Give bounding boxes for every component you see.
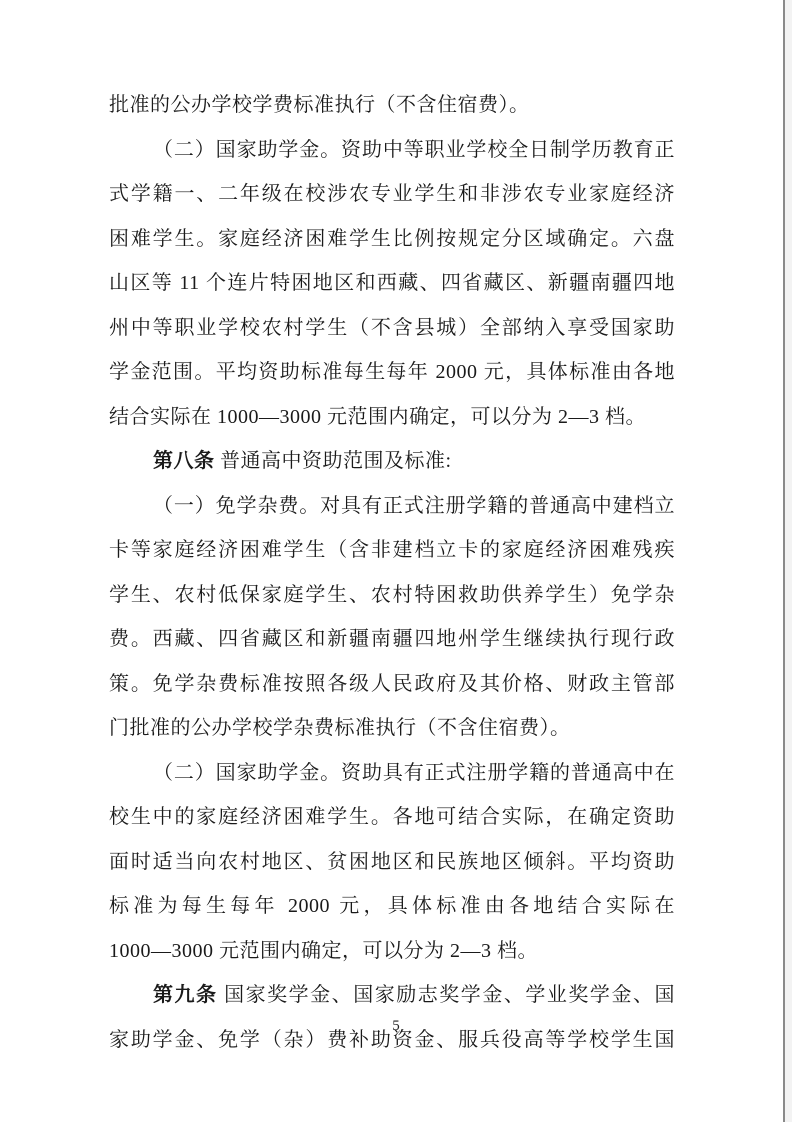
body-line: 校生中的家庭经济困难学生。各地可结合实际，在确定资助 bbox=[109, 795, 675, 840]
line-text: 式学籍一、二年级在校涉农专业学生和非涉农专业家庭经济 bbox=[109, 183, 675, 205]
body-line: （一）免学杂费。对具有正式注册学籍的普通高中建档立 bbox=[109, 484, 675, 529]
body-line: 困难学生。家庭经济困难学生比例按规定分区域确定。六盘 bbox=[109, 217, 675, 262]
body-line: 卡等家庭经济困难学生（含非建档立卡的家庭经济困难残疾 bbox=[109, 528, 675, 573]
body-line: 州中等职业学校农村学生（不含县城）全部纳入享受国家助 bbox=[109, 306, 675, 351]
line-text: 校生中的家庭经济困难学生。各地可结合实际，在确定资助 bbox=[109, 806, 675, 828]
body-line: （二）国家助学金。资助具有正式注册学籍的普通高中在 bbox=[109, 751, 675, 796]
line-text: 策。免学杂费标准按照各级人民政府及其价格、财政主管部 bbox=[109, 673, 675, 695]
line-text: 普通高中资助范围及标准: bbox=[215, 450, 452, 472]
body-line: 学生、农村低保家庭学生、农村特困救助供养学生）免学杂 bbox=[109, 573, 675, 618]
line-text: 门批准的公办学校学杂费标准执行（不含住宿费）。 bbox=[109, 717, 571, 739]
body-line: 1000—3000 元范围内确定，可以分为 2—3 档。 bbox=[109, 929, 675, 974]
line-text: 结合实际在 1000—3000 元范围内确定，可以分为 2—3 档。 bbox=[109, 406, 646, 428]
article-number: 第八条 bbox=[153, 450, 215, 472]
line-text: 批准的公办学校学费标准执行（不含住宿费）。 bbox=[109, 94, 530, 116]
body-line: 费。西藏、四省藏区和新疆南疆四地州学生继续执行现行政 bbox=[109, 617, 675, 662]
line-text: 困难学生。家庭经济困难学生比例按规定分区域确定。六盘 bbox=[109, 228, 675, 250]
body-line: 批准的公办学校学费标准执行（不含住宿费）。 bbox=[109, 83, 675, 128]
line-text: 标准为每生每年 2000 元，具体标准由各地结合实际在 bbox=[109, 895, 675, 917]
article-heading-line: 第九条 国家奖学金、国家励志奖学金、学业奖学金、国 bbox=[109, 973, 675, 1018]
line-text: 学金范围。平均资助标准每生每年 2000 元，具体标准由各地 bbox=[109, 361, 675, 383]
line-text: 国家奖学金、国家励志奖学金、学业奖学金、国 bbox=[218, 984, 675, 1006]
line-text: （二）国家助学金。资助中等职业学校全日制学历教育正 bbox=[153, 139, 675, 161]
page-number: 5 bbox=[386, 1014, 406, 1038]
scan-margin-strip bbox=[785, 0, 792, 1122]
body-line: 式学籍一、二年级在校涉农专业学生和非涉农专业家庭经济 bbox=[109, 172, 675, 217]
document-body: 批准的公办学校学费标准执行（不含住宿费）。 （二）国家助学金。资助中等职业学校全… bbox=[109, 83, 675, 1062]
article-heading-line: 第八条 普通高中资助范围及标准: bbox=[109, 439, 675, 484]
line-text: （二）国家助学金。资助具有正式注册学籍的普通高中在 bbox=[153, 762, 675, 784]
body-line: 结合实际在 1000—3000 元范围内确定，可以分为 2—3 档。 bbox=[109, 395, 675, 440]
line-text: 1000—3000 元范围内确定，可以分为 2—3 档。 bbox=[109, 940, 538, 962]
body-line: 学金范围。平均资助标准每生每年 2000 元，具体标准由各地 bbox=[109, 350, 675, 395]
body-line: 面时适当向农村地区、贫困地区和民族地区倾斜。平均资助 bbox=[109, 840, 675, 885]
article-number: 第九条 bbox=[153, 984, 218, 1006]
line-text: 费。西藏、四省藏区和新疆南疆四地州学生继续执行现行政 bbox=[109, 628, 675, 650]
body-line: （二）国家助学金。资助中等职业学校全日制学历教育正 bbox=[109, 128, 675, 173]
line-text: 卡等家庭经济困难学生（含非建档立卡的家庭经济困难残疾 bbox=[109, 539, 675, 561]
body-line: 山区等 11 个连片特困地区和西藏、四省藏区、新疆南疆四地 bbox=[109, 261, 675, 306]
line-text: 州中等职业学校农村学生（不含县城）全部纳入享受国家助 bbox=[109, 317, 675, 339]
page-edge-line bbox=[783, 0, 785, 1122]
line-text: 面时适当向农村地区、贫困地区和民族地区倾斜。平均资助 bbox=[109, 851, 675, 873]
body-line: 门批准的公办学校学杂费标准执行（不含住宿费）。 bbox=[109, 706, 675, 751]
line-text: 学生、农村低保家庭学生、农村特困救助供养学生）免学杂 bbox=[109, 584, 675, 606]
body-line: 策。免学杂费标准按照各级人民政府及其价格、财政主管部 bbox=[109, 662, 675, 707]
body-line: 标准为每生每年 2000 元，具体标准由各地结合实际在 bbox=[109, 884, 675, 929]
line-text: 山区等 11 个连片特困地区和西藏、四省藏区、新疆南疆四地 bbox=[109, 272, 675, 294]
line-text: （一）免学杂费。对具有正式注册学籍的普通高中建档立 bbox=[153, 495, 675, 517]
